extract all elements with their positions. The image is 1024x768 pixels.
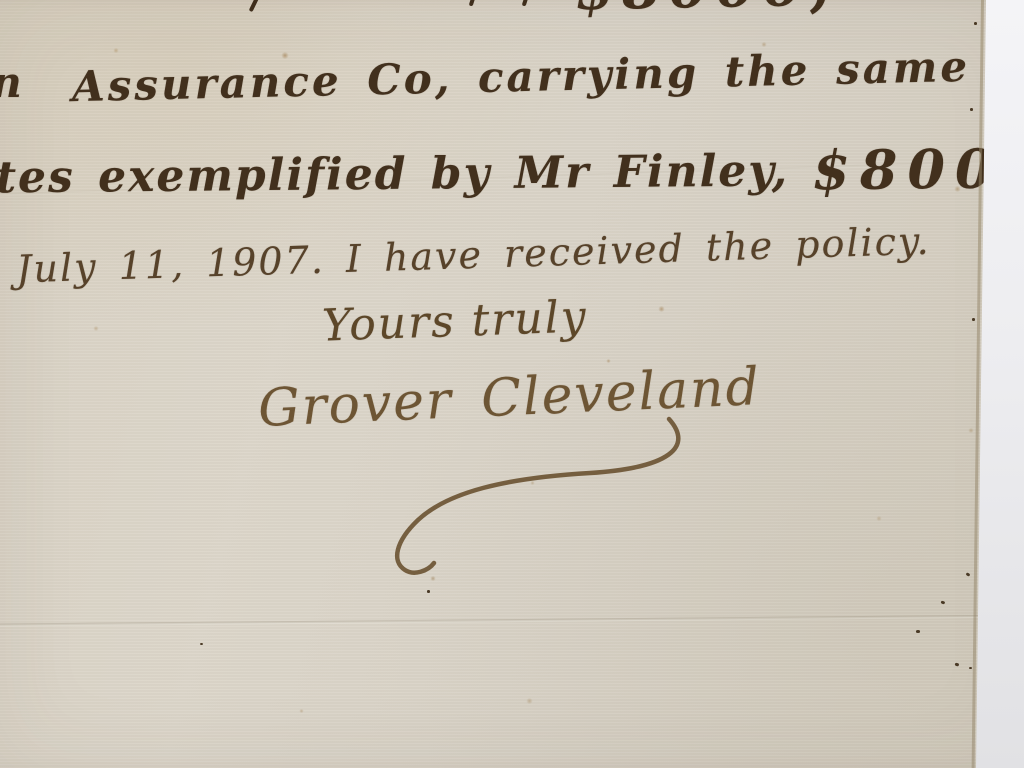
paper-stain	[761, 42, 767, 47]
paper-stain	[658, 306, 665, 312]
ink-speck	[200, 643, 203, 645]
ink-speck	[916, 630, 920, 633]
closing-line: Yours truly	[321, 295, 588, 348]
paper-stain	[606, 359, 611, 363]
ink-speck	[955, 663, 959, 666]
line-rates: rates exemplified by Mr Finley, $8000	[0, 141, 1024, 205]
clipped-ink-stroke	[249, 0, 259, 12]
line-rates-text: rates exemplified by Mr Finley,	[0, 145, 789, 203]
photo-backdrop: $8000, an Assurance Co, carrying the sam…	[0, 0, 1024, 768]
line-assurance-left-fragment: an	[0, 62, 22, 104]
paper-stain	[281, 52, 289, 59]
ink-speck	[969, 667, 972, 669]
paper-stain	[526, 698, 533, 704]
letter-paper: $8000, an Assurance Co, carrying the sam…	[0, 0, 1024, 768]
paper-stain	[876, 516, 882, 521]
clipped-ink-stroke	[522, 0, 528, 6]
ink-speck	[427, 590, 430, 593]
ink-speck	[941, 600, 946, 604]
ink-speck	[974, 22, 977, 25]
ink-speck	[972, 318, 975, 321]
ink-speck	[966, 572, 971, 577]
paper-stain	[530, 481, 535, 485]
clipped-top-line: $8000,	[575, 0, 838, 18]
paper-stain	[968, 428, 974, 433]
line-rates-amount: $8000	[812, 136, 1024, 202]
line-assurance: Assurance Co, carrying the same	[72, 46, 971, 108]
paper-stain	[430, 576, 436, 581]
clipped-ink-stroke	[469, 0, 475, 6]
paper-stain	[113, 48, 119, 53]
ink-speck	[970, 108, 973, 111]
paper-stain	[93, 326, 99, 331]
paper-stain	[299, 709, 304, 713]
line-date-receipt: July 11, 1907. I have received the polic…	[16, 222, 931, 289]
fold-crease-lower	[0, 614, 1024, 626]
paper-stain	[954, 186, 961, 192]
signature-grover-cleveland: Grover Cleveland	[257, 361, 762, 435]
